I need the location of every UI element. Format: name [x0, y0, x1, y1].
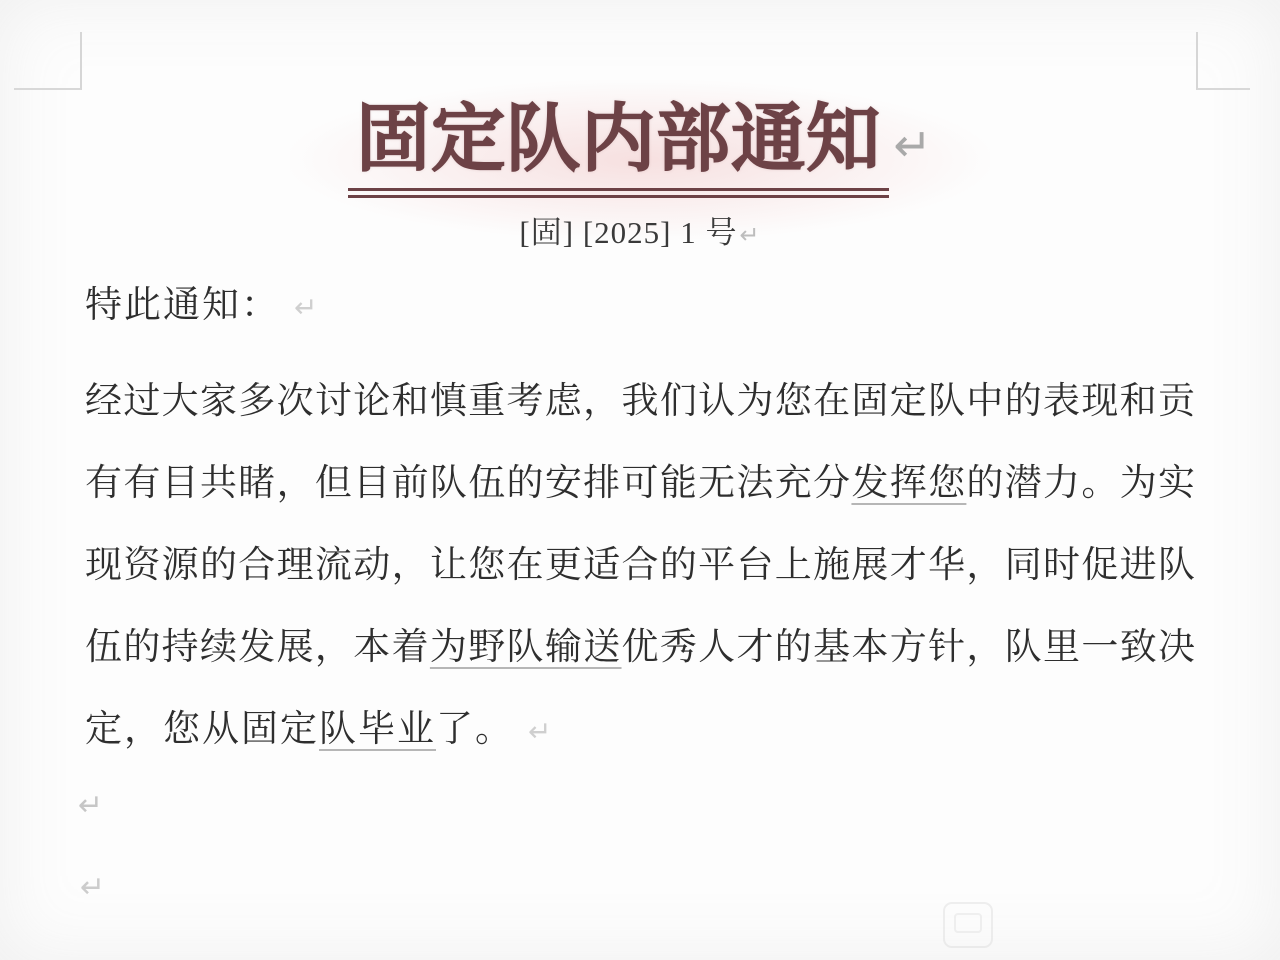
paragraph-mark-icon: ↵	[893, 118, 932, 172]
underlined-text-segment: 队毕业	[319, 709, 436, 750]
title-row: 固定队内部通知↵	[0, 92, 1280, 198]
body-line: 经过大家多次讨论和慎重考虑，我们认为您在固定队中的表现和贡	[85, 361, 1195, 443]
body-text-segment: 优秀人才的基本方针，队里一致决	[622, 627, 1196, 668]
paragraph-mark-icon: ↵	[294, 291, 319, 324]
body-text-segment: 有有目共睹，但目前队伍的安排可能无法充分	[85, 463, 851, 504]
watermark-icon	[943, 902, 993, 948]
doc-number: [固] [2025] 1 号	[519, 215, 737, 250]
paragraph-mark-icon: ↵	[739, 221, 760, 249]
underlined-text-segment: 为野队输送	[430, 627, 622, 668]
document-page: 固定队内部通知↵ [固] [2025] 1 号↵ 特此通知：↵ 经过大家多次讨论…	[0, 0, 1280, 960]
salutation-row: 特此通知：↵	[85, 282, 319, 332]
paragraph-mark-icon: ↵	[78, 788, 103, 823]
body-paragraph: 经过大家多次讨论和慎重考虑，我们认为您在固定队中的表现和贡 有有目共睹，但目前队…	[85, 361, 1195, 771]
body-text-segment: 现资源的合理流动，让您在更适合的平台上施展才华，同时促进队	[85, 545, 1195, 586]
salutation: 特此通知：	[85, 285, 280, 326]
body-text-segment: 伍的持续发展，本着	[85, 627, 430, 668]
body-line: 有有目共睹，但目前队伍的安排可能无法充分发挥您的潜力。为实	[85, 443, 1195, 525]
paragraph-mark-icon: ↵	[80, 870, 105, 905]
body-line: 定，您从固定队毕业了。↵	[85, 689, 1195, 771]
doc-number-row: [固] [2025] 1 号↵	[0, 212, 1280, 256]
body-text-segment: 经过大家多次讨论和慎重考虑，我们认为您在固定队中的表现和贡	[85, 381, 1195, 422]
document-content: 固定队内部通知↵ [固] [2025] 1 号↵ 特此通知：↵ 经过大家多次讨论…	[0, 0, 1280, 960]
underlined-text-segment: 发挥您	[851, 463, 966, 504]
body-line: 伍的持续发展，本着为野队输送优秀人才的基本方针，队里一致决	[85, 607, 1195, 689]
paragraph-mark-icon: ↵	[528, 715, 553, 748]
body-text-segment: 了。	[436, 709, 514, 750]
body-line: 现资源的合理流动，让您在更适合的平台上施展才华，同时促进队	[85, 525, 1195, 607]
page-title: 固定队内部通知	[348, 92, 889, 198]
body-text-segment: 的潜力。为实	[966, 463, 1195, 504]
body-text-segment: 定，您从固定	[85, 709, 319, 750]
